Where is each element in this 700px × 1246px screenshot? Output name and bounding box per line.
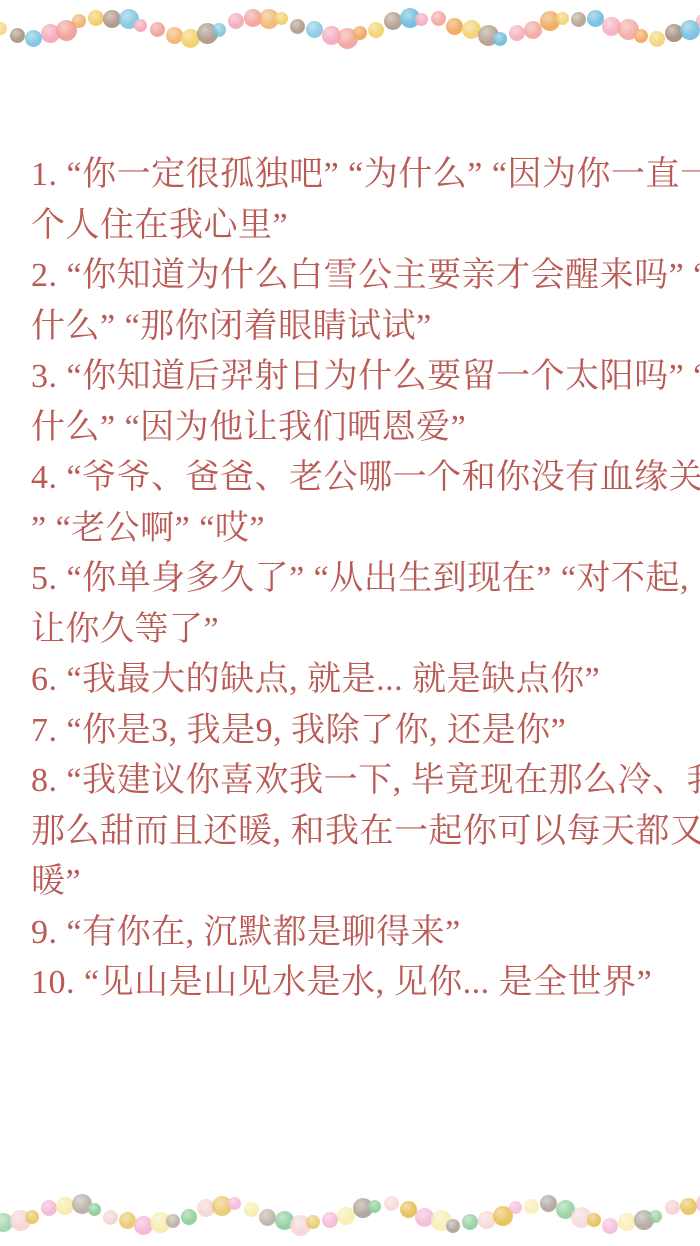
garland-dot [88, 1203, 101, 1216]
garland-dot [587, 10, 604, 27]
quote-item: 2. “你知道为什么白雪公主要亲才会醒来吗” “为什么” “那你闭着眼睛试试” [31, 251, 679, 352]
garland-dot [462, 1214, 478, 1230]
garland-dot [353, 26, 367, 40]
quote-item: 7. “你是3, 我是9, 我除了你, 还是你” [31, 706, 679, 757]
garland-dot [384, 1196, 399, 1211]
garland-dot [587, 1213, 601, 1227]
garland-dot [228, 13, 244, 29]
quote-list: 1. “你一定很孤独吧” “为什么” “因为你一直一个人住在我心里”2. “你知… [31, 150, 679, 1009]
garland-dot [400, 1201, 417, 1218]
garland-dot [446, 1219, 460, 1233]
garland-dot [649, 1210, 662, 1223]
garland-dot [166, 27, 183, 44]
quote-line: 6. “我最大的缺点, 就是... 就是缺点你” [31, 655, 679, 706]
garland-dot [493, 32, 507, 46]
garland-dot [634, 29, 648, 43]
quote-item: 1. “你一定很孤独吧” “为什么” “因为你一直一个人住在我心里” [31, 150, 679, 251]
quote-line: 暖” [31, 857, 679, 908]
quote-line: 4. “爷爷、爸爸、老公哪一个和你没有血缘关系 [31, 453, 679, 504]
garland-dot [150, 22, 165, 37]
quote-item: 4. “爷爷、爸爸、老公哪一个和你没有血缘关系” “老公啊” “哎” [31, 453, 679, 554]
garland-dot [259, 1209, 276, 1226]
quote-line: 7. “你是3, 我是9, 我除了你, 还是你” [31, 706, 679, 757]
garland-dot [10, 28, 25, 43]
garland-dot [166, 1214, 180, 1228]
garland-dot [181, 1209, 197, 1225]
garland-dot [509, 25, 525, 41]
garland-dot [509, 1201, 522, 1214]
quote-line: 3. “你知道后羿射日为什么要留一个太阳吗” “为 [31, 352, 679, 403]
garland-dot [212, 23, 226, 37]
garland-dot [88, 10, 104, 26]
quote-line: 什么” “那你闭着眼睛试试” [31, 302, 679, 353]
garland-dot [368, 22, 384, 38]
quote-item: 5. “你单身多久了” “从出生到现在” “对不起,让你久等了” [31, 554, 679, 655]
quote-card: 1. “你一定很孤独吧” “为什么” “因为你一直一个人住在我心里”2. “你知… [0, 0, 700, 1246]
garland-dot [415, 13, 428, 26]
garland-dot [322, 1212, 338, 1228]
garland-dot [275, 12, 288, 25]
garland-dot [556, 12, 569, 25]
garland-dot [649, 31, 665, 47]
garland-dot [665, 1200, 680, 1215]
quote-line: 5. “你单身多久了” “从出生到现在” “对不起, [31, 554, 679, 605]
quote-line: 个人住在我心里” [31, 201, 679, 252]
quote-line: 8. “我建议你喜欢我一下, 毕竟现在那么冷、我又 [31, 756, 679, 807]
garland-dot [368, 1200, 381, 1213]
garland-dot [0, 22, 7, 35]
quote-item: 6. “我最大的缺点, 就是... 就是缺点你” [31, 655, 679, 706]
quote-line: 9. “有你在, 沉默都是聊得来” [31, 908, 679, 959]
garland-dot [446, 18, 463, 35]
top-dot-garland [0, 0, 700, 56]
quote-item: 10. “见山是山见水是水, 见你... 是全世界” [31, 958, 679, 1009]
quote-line: 那么甜而且还暖, 和我在一起你可以每天都又甜又 [31, 807, 679, 858]
quote-line: 10. “见山是山见水是水, 见你... 是全世界” [31, 958, 679, 1009]
garland-dot [41, 1200, 57, 1216]
garland-dot [119, 1212, 136, 1229]
garland-dot [25, 30, 42, 47]
quote-line: ” “老公啊” “哎” [31, 504, 679, 555]
garland-dot [306, 1215, 320, 1229]
garland-dot [571, 12, 586, 27]
garland-dot [228, 1197, 241, 1210]
garland-dot [540, 1195, 557, 1212]
garland-dot [602, 1218, 618, 1234]
garland-dot [25, 1210, 39, 1224]
quote-line: 1. “你一定很孤独吧” “为什么” “因为你一直一 [31, 150, 679, 201]
bottom-dot-garland [0, 1188, 700, 1244]
garland-dot [384, 12, 402, 30]
quote-line: 什么” “因为他让我们晒恩爱” [31, 403, 679, 454]
garland-dot [290, 19, 305, 34]
quote-item: 3. “你知道后羿射日为什么要留一个太阳吗” “为什么” “因为他让我们晒恩爱” [31, 352, 679, 453]
garland-dot [103, 1210, 118, 1225]
garland-dot [431, 11, 446, 26]
quote-line: 2. “你知道为什么白雪公主要亲才会醒来吗” “为 [31, 251, 679, 302]
garland-dot [244, 1202, 259, 1217]
garland-dot [680, 1198, 697, 1215]
quote-item: 9. “有你在, 沉默都是聊得来” [31, 908, 679, 959]
garland-dot [696, 1194, 700, 1213]
garland-dot [72, 14, 86, 28]
garland-dot [134, 19, 147, 32]
quote-line: 让你久等了” [31, 605, 679, 656]
quote-item: 8. “我建议你喜欢我一下, 毕竟现在那么冷、我又那么甜而且还暖, 和我在一起你… [31, 756, 679, 908]
garland-dot [524, 1199, 539, 1214]
garland-dot [306, 21, 323, 38]
